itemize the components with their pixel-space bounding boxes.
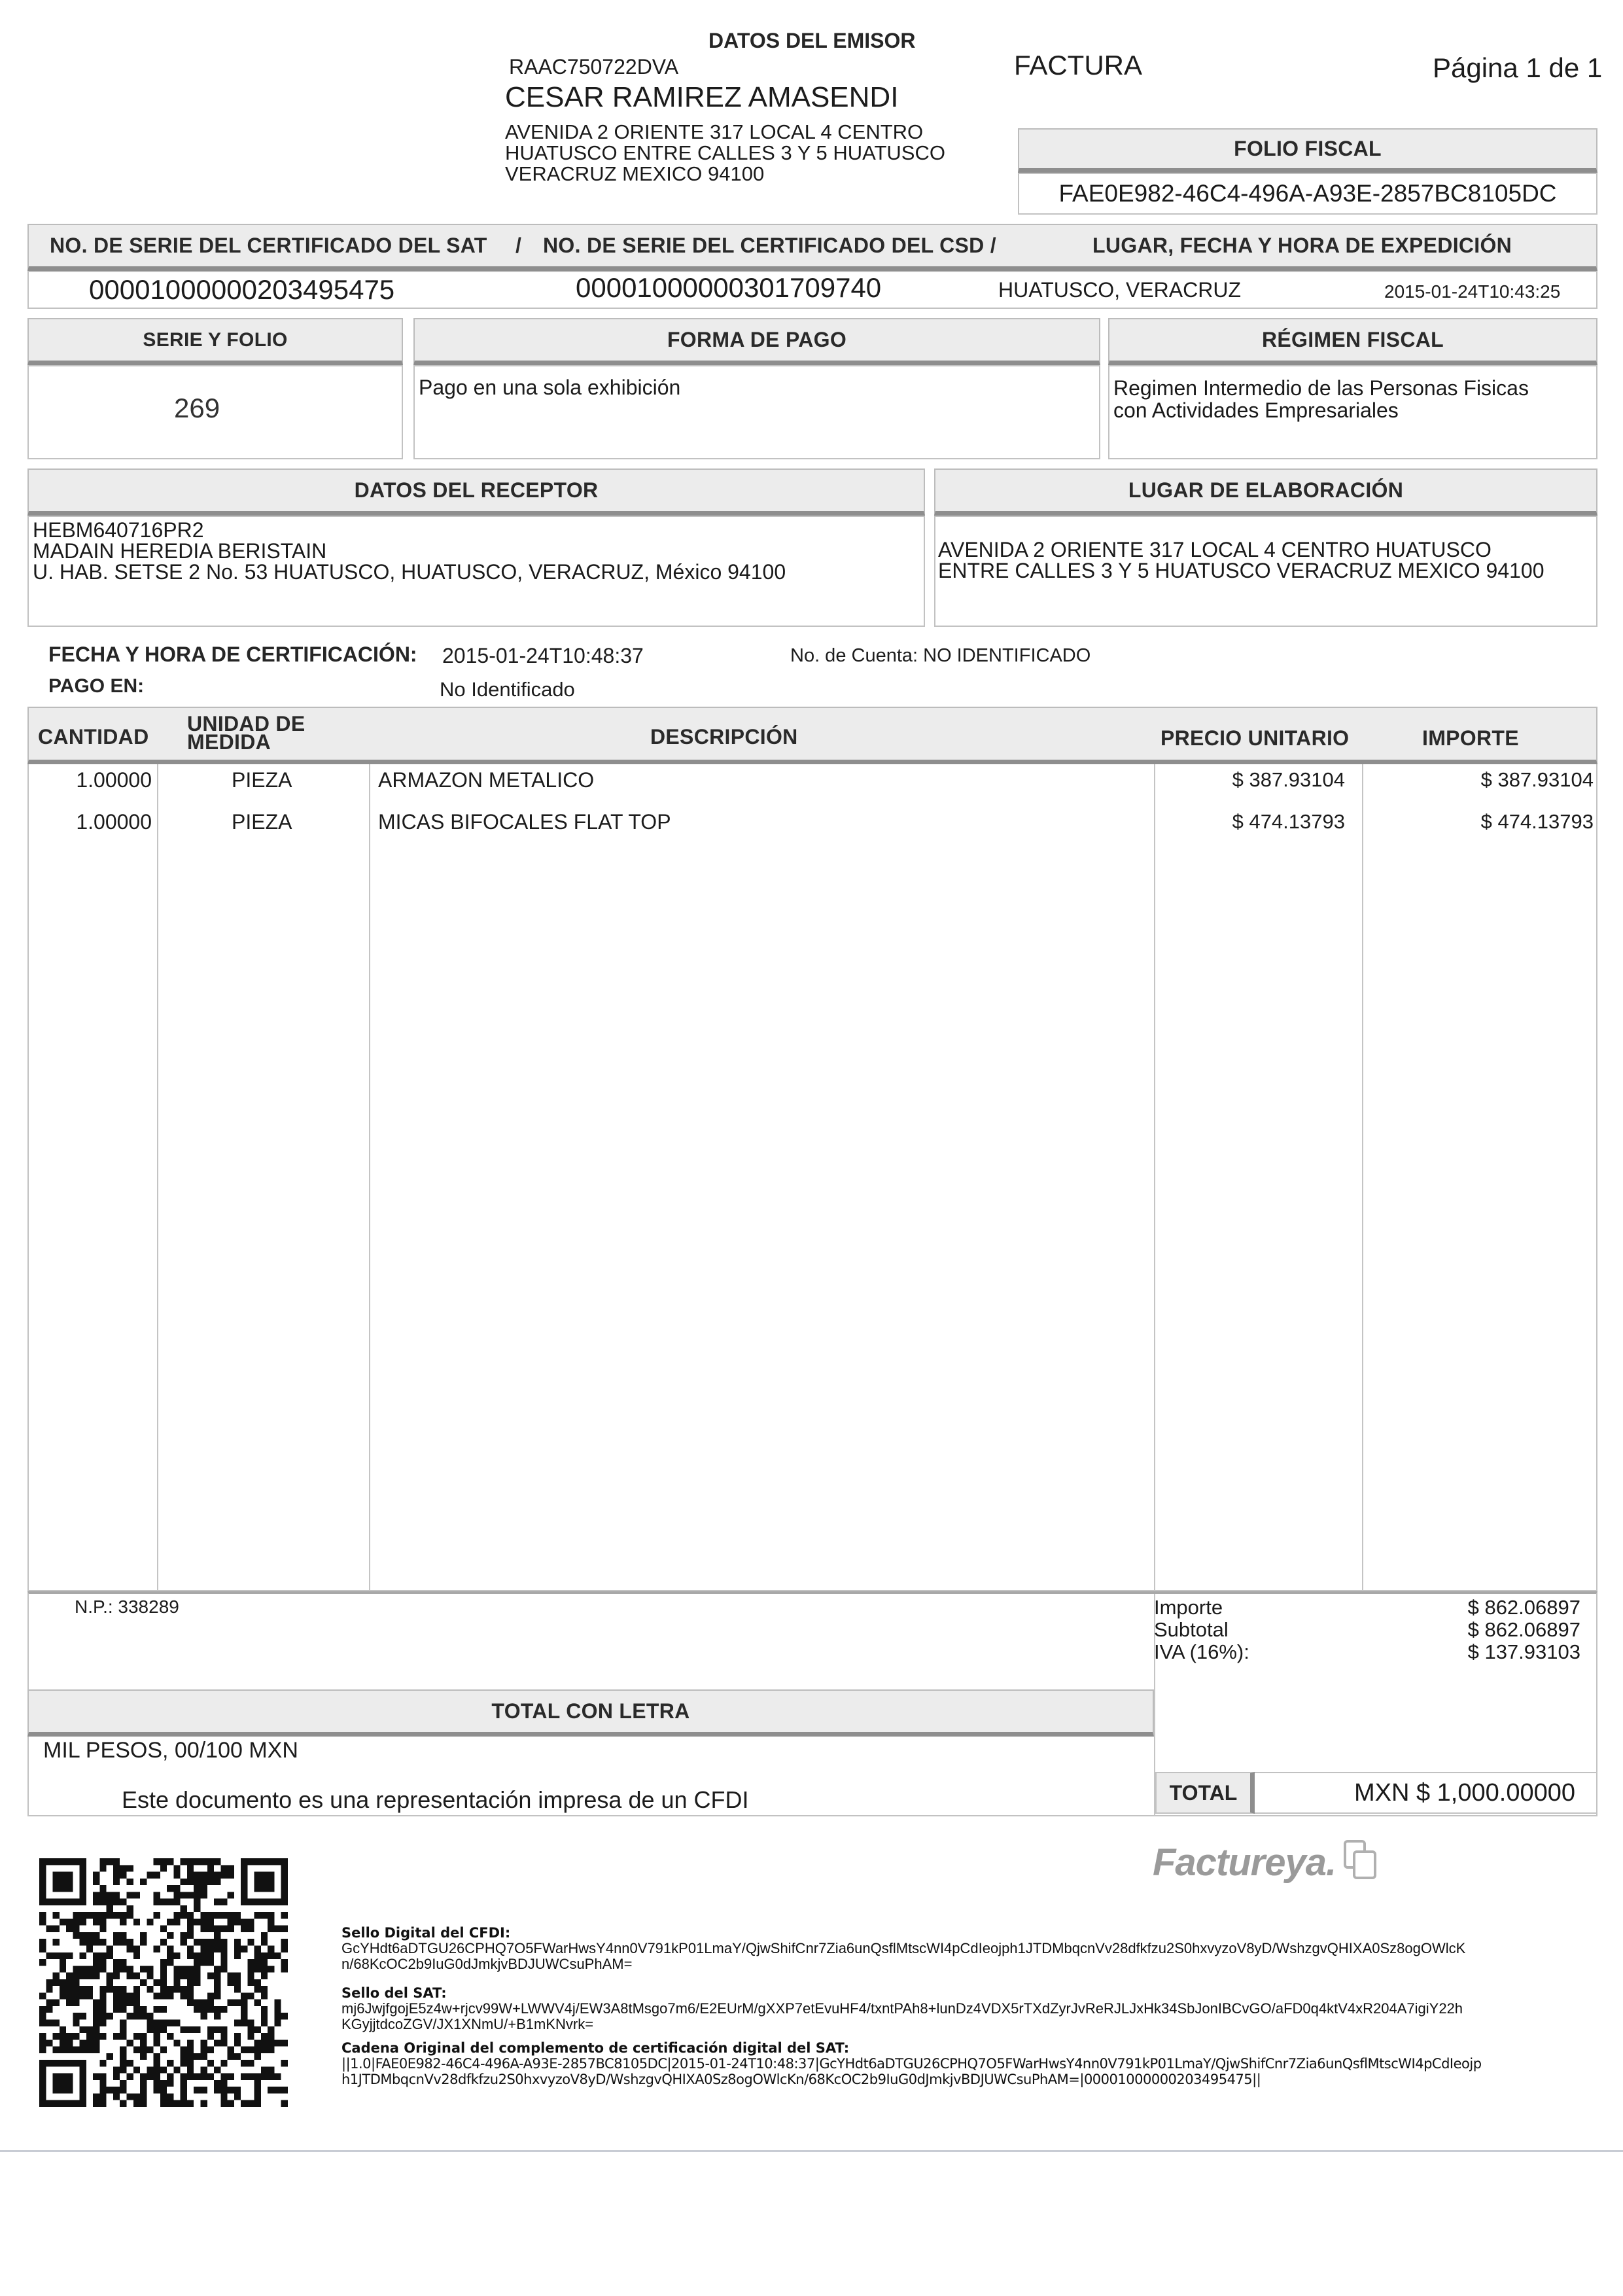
sello-sat-line: mj6JwjfgojE5z4w+rjcv99W+LWWV4j/EW3A8tMsg… [341,2001,1463,2017]
col-descripcion: DESCRIPCIÓN [650,725,798,749]
cadena-original-line: ||1.0|FAE0E982-46C4-496A-A93E-2857BC8105… [341,2056,1482,2072]
elaboracion-label: LUGAR DE ELABORACIÓN [1128,478,1403,503]
cell-precio: $ 474.13793 [1232,810,1345,834]
cell-descripcion: MICAS BIFOCALES FLAT TOP [378,810,671,834]
serie-folio-header: SERIE Y FOLIO [27,318,403,365]
cell-cantidad: 1.00000 [76,768,152,792]
iva-value: $ 137.93103 [1468,1641,1580,1663]
cert-separator: / [515,234,521,258]
receptor-address: U. HAB. SETSE 2 No. 53 HUATUSCO, HUATUSC… [33,561,786,582]
total-label-cell: TOTAL [1155,1772,1255,1814]
emisor-address-line: AVENIDA 2 ORIENTE 317 LOCAL 4 CENTRO [505,122,945,143]
cadena-original-block: Cadena Original del complemento de certi… [341,2040,1482,2087]
emisor-address-line: VERACRUZ MEXICO 94100 [505,164,945,185]
forma-pago-label: FORMA DE PAGO [667,328,846,352]
folio-fiscal-header: FOLIO FISCAL [1018,128,1597,173]
subtotal-value: $ 862.06897 [1468,1619,1580,1641]
lugar-value: HUATUSCO, VERACRUZ [998,278,1241,302]
emisor-rfc: RAAC750722DVA [509,55,678,79]
sello-cfdi-line: n/68KcOC2b9IuG0dJmkjvBDJUWCsuPhAM= [341,1956,1465,1972]
emisor-name: CESAR RAMIREZ AMASENDI [505,81,898,114]
iva-label: IVA (16%): [1154,1641,1249,1663]
regimen-line: con Actividades Empresariales [1113,399,1529,421]
emisor-section-title: DATOS DEL EMISOR [708,29,915,53]
np-value: N.P.: 338289 [75,1597,179,1617]
total-letra-header: TOTAL CON LETRA [27,1689,1154,1737]
receptor-header: DATOS DEL RECEPTOR [27,468,925,516]
cert-csd-header: NO. DE SERIE DEL CERTIFICADO DEL CSD / [543,234,996,258]
regimen-line: Regimen Intermedio de las Personas Fisic… [1113,377,1529,399]
serie-folio-box: 269 [27,365,403,459]
table-row: 1.00000 PIEZA MICAS BIFOCALES FLAT TOP $… [29,810,1596,847]
col-unidad-line2: MEDIDA [187,733,305,751]
sello-sat-line: KGyjjtdcoZGV/JX1XNmU/+B1mKNvrk= [341,2017,1463,2032]
certificados-values: 00001000000203495475 0000100000030170974… [27,271,1597,309]
serie-folio-label: SERIE Y FOLIO [143,329,287,351]
folio-fiscal-box: FAE0E982-46C4-496A-A93E-2857BC8105DC [1018,173,1597,215]
col-divider [1154,764,1155,1590]
cert-csd-value: 00001000000301709740 [576,272,881,304]
document-icon [1342,1839,1379,1881]
total-value-cell: MXN $ 1,000.00000 [1255,1772,1597,1814]
cell-cantidad: 1.00000 [76,810,152,834]
cert-sat-header: NO. DE SERIE DEL CERTIFICADO DEL SAT [50,234,487,258]
col-precio: PRECIO UNITARIO [1161,726,1349,751]
cfdi-disclaimer: Este documento es una representación imp… [122,1786,749,1814]
col-unidad: UNIDAD DE MEDIDA [187,715,305,751]
subtotal-label: Subtotal [1154,1619,1249,1641]
folio-fiscal-label: FOLIO FISCAL [1234,137,1382,161]
elaboracion-header: LUGAR DE ELABORACIÓN [934,468,1597,516]
emisor-address: AVENIDA 2 ORIENTE 317 LOCAL 4 CENTRO HUA… [505,122,945,185]
cell-descripcion: ARMAZON METALICO [378,768,594,792]
total-letra-value: MIL PESOS, 00/100 MXN [43,1738,298,1763]
elaboracion-box: AVENIDA 2 ORIENTE 317 LOCAL 4 CENTRO HUA… [934,516,1597,627]
pago-en-value: No Identificado [440,678,575,701]
factureya-logo-text: Factureya. [1153,1841,1336,1884]
sello-sat-label: Sello del SAT: [341,1985,1463,2001]
importe-label: Importe [1154,1597,1249,1619]
sello-cfdi-label: Sello Digital del CFDI: [341,1925,1465,1941]
cell-precio: $ 387.93104 [1232,768,1345,792]
folio-fiscal-value: FAE0E982-46C4-496A-A93E-2857BC8105DC [1058,180,1556,207]
receptor-rfc: HEBM640716PR2 [33,520,786,540]
numero-cuenta: No. de Cuenta: NO IDENTIFICADO [790,645,1091,667]
cadena-original-label: Cadena Original del complemento de certi… [341,2040,1482,2056]
totals-labels: Importe Subtotal IVA (16%): [1154,1597,1249,1663]
qr-code [39,1858,288,2107]
cert-sat-value: 00001000000203495475 [89,274,394,306]
col-cantidad: CANTIDAD [38,725,149,749]
total-value: MXN $ 1,000.00000 [1354,1779,1575,1807]
elaboracion-line: ENTRE CALLES 3 Y 5 HUATUSCO VERACRUZ MEX… [938,560,1544,581]
col-divider [157,764,158,1590]
sello-cfdi-block: Sello Digital del CFDI: GcYHdt6aDTGU26CP… [341,1925,1465,1972]
receptor-box: HEBM640716PR2 MADAIN HEREDIA BERISTAIN U… [27,516,925,627]
cell-importe: $ 387.93104 [1481,768,1594,792]
serie-folio-value: 269 [174,393,220,424]
regimen-header: RÉGIMEN FISCAL [1108,318,1597,365]
cell-importe: $ 474.13793 [1481,810,1594,834]
certificacion-label: FECHA Y HORA DE CERTIFICACIÓN: [48,643,417,667]
totals-values: $ 862.06897 $ 862.06897 $ 137.93103 [1468,1597,1580,1663]
page-indicator: Página 1 de 1 [1433,52,1602,84]
pago-en-label: PAGO EN: [48,675,144,698]
sello-sat-block: Sello del SAT: mj6JwjfgojE5z4w+rjcv99W+L… [341,1985,1463,2032]
table-row: 1.00000 PIEZA ARMAZON METALICO $ 387.931… [29,768,1596,805]
regimen-label: RÉGIMEN FISCAL [1262,328,1444,352]
total-letra-label: TOTAL CON LETRA [491,1699,689,1723]
cell-unidad: PIEZA [232,810,292,834]
col-divider [1362,764,1363,1590]
forma-pago-box: Pago en una sola exhibición [413,365,1100,459]
items-table-body: 1.00000 PIEZA ARMAZON METALICO $ 387.931… [27,764,1597,1591]
col-importe: IMPORTE [1422,726,1519,751]
certificados-header: NO. DE SERIE DEL CERTIFICADO DEL SAT / N… [27,224,1597,271]
regimen-box: Regimen Intermedio de las Personas Fisic… [1108,365,1597,459]
lugar-fecha-header: LUGAR, FECHA Y HORA DE EXPEDICIÓN [1092,234,1512,258]
receptor-name: MADAIN HEREDIA BERISTAIN [33,540,786,561]
forma-pago-header: FORMA DE PAGO [413,318,1100,365]
col-divider [369,764,370,1590]
total-label: TOTAL [1170,1781,1238,1805]
emisor-address-line: HUATUSCO ENTRE CALLES 3 Y 5 HUATUSCO [505,143,945,164]
cell-unidad: PIEZA [232,768,292,792]
document-type: FACTURA [1014,50,1142,81]
importe-value: $ 862.06897 [1468,1597,1580,1619]
page-edge [0,2150,1623,2152]
cadena-original-line: h1JTDMbqcnVv28dfkfzu2S0hxvyzoV8yD/Wshzgv… [341,2072,1482,2087]
items-table-header: CANTIDAD UNIDAD DE MEDIDA DESCRIPCIÓN PR… [27,707,1597,764]
forma-pago-value: Pago en una sola exhibición [419,376,680,400]
sello-cfdi-line: GcYHdt6aDTGU26CPHQ7O5FWarHwsY4nn0V791kP0… [341,1941,1465,1956]
elaboracion-line: AVENIDA 2 ORIENTE 317 LOCAL 4 CENTRO HUA… [938,539,1544,560]
fecha-expedicion-value: 2015-01-24T10:43:25 [1384,281,1560,302]
receptor-label: DATOS DEL RECEPTOR [355,478,599,503]
certificacion-value: 2015-01-24T10:48:37 [442,644,644,668]
factureya-logo: Factureya. [1153,1839,1379,1884]
